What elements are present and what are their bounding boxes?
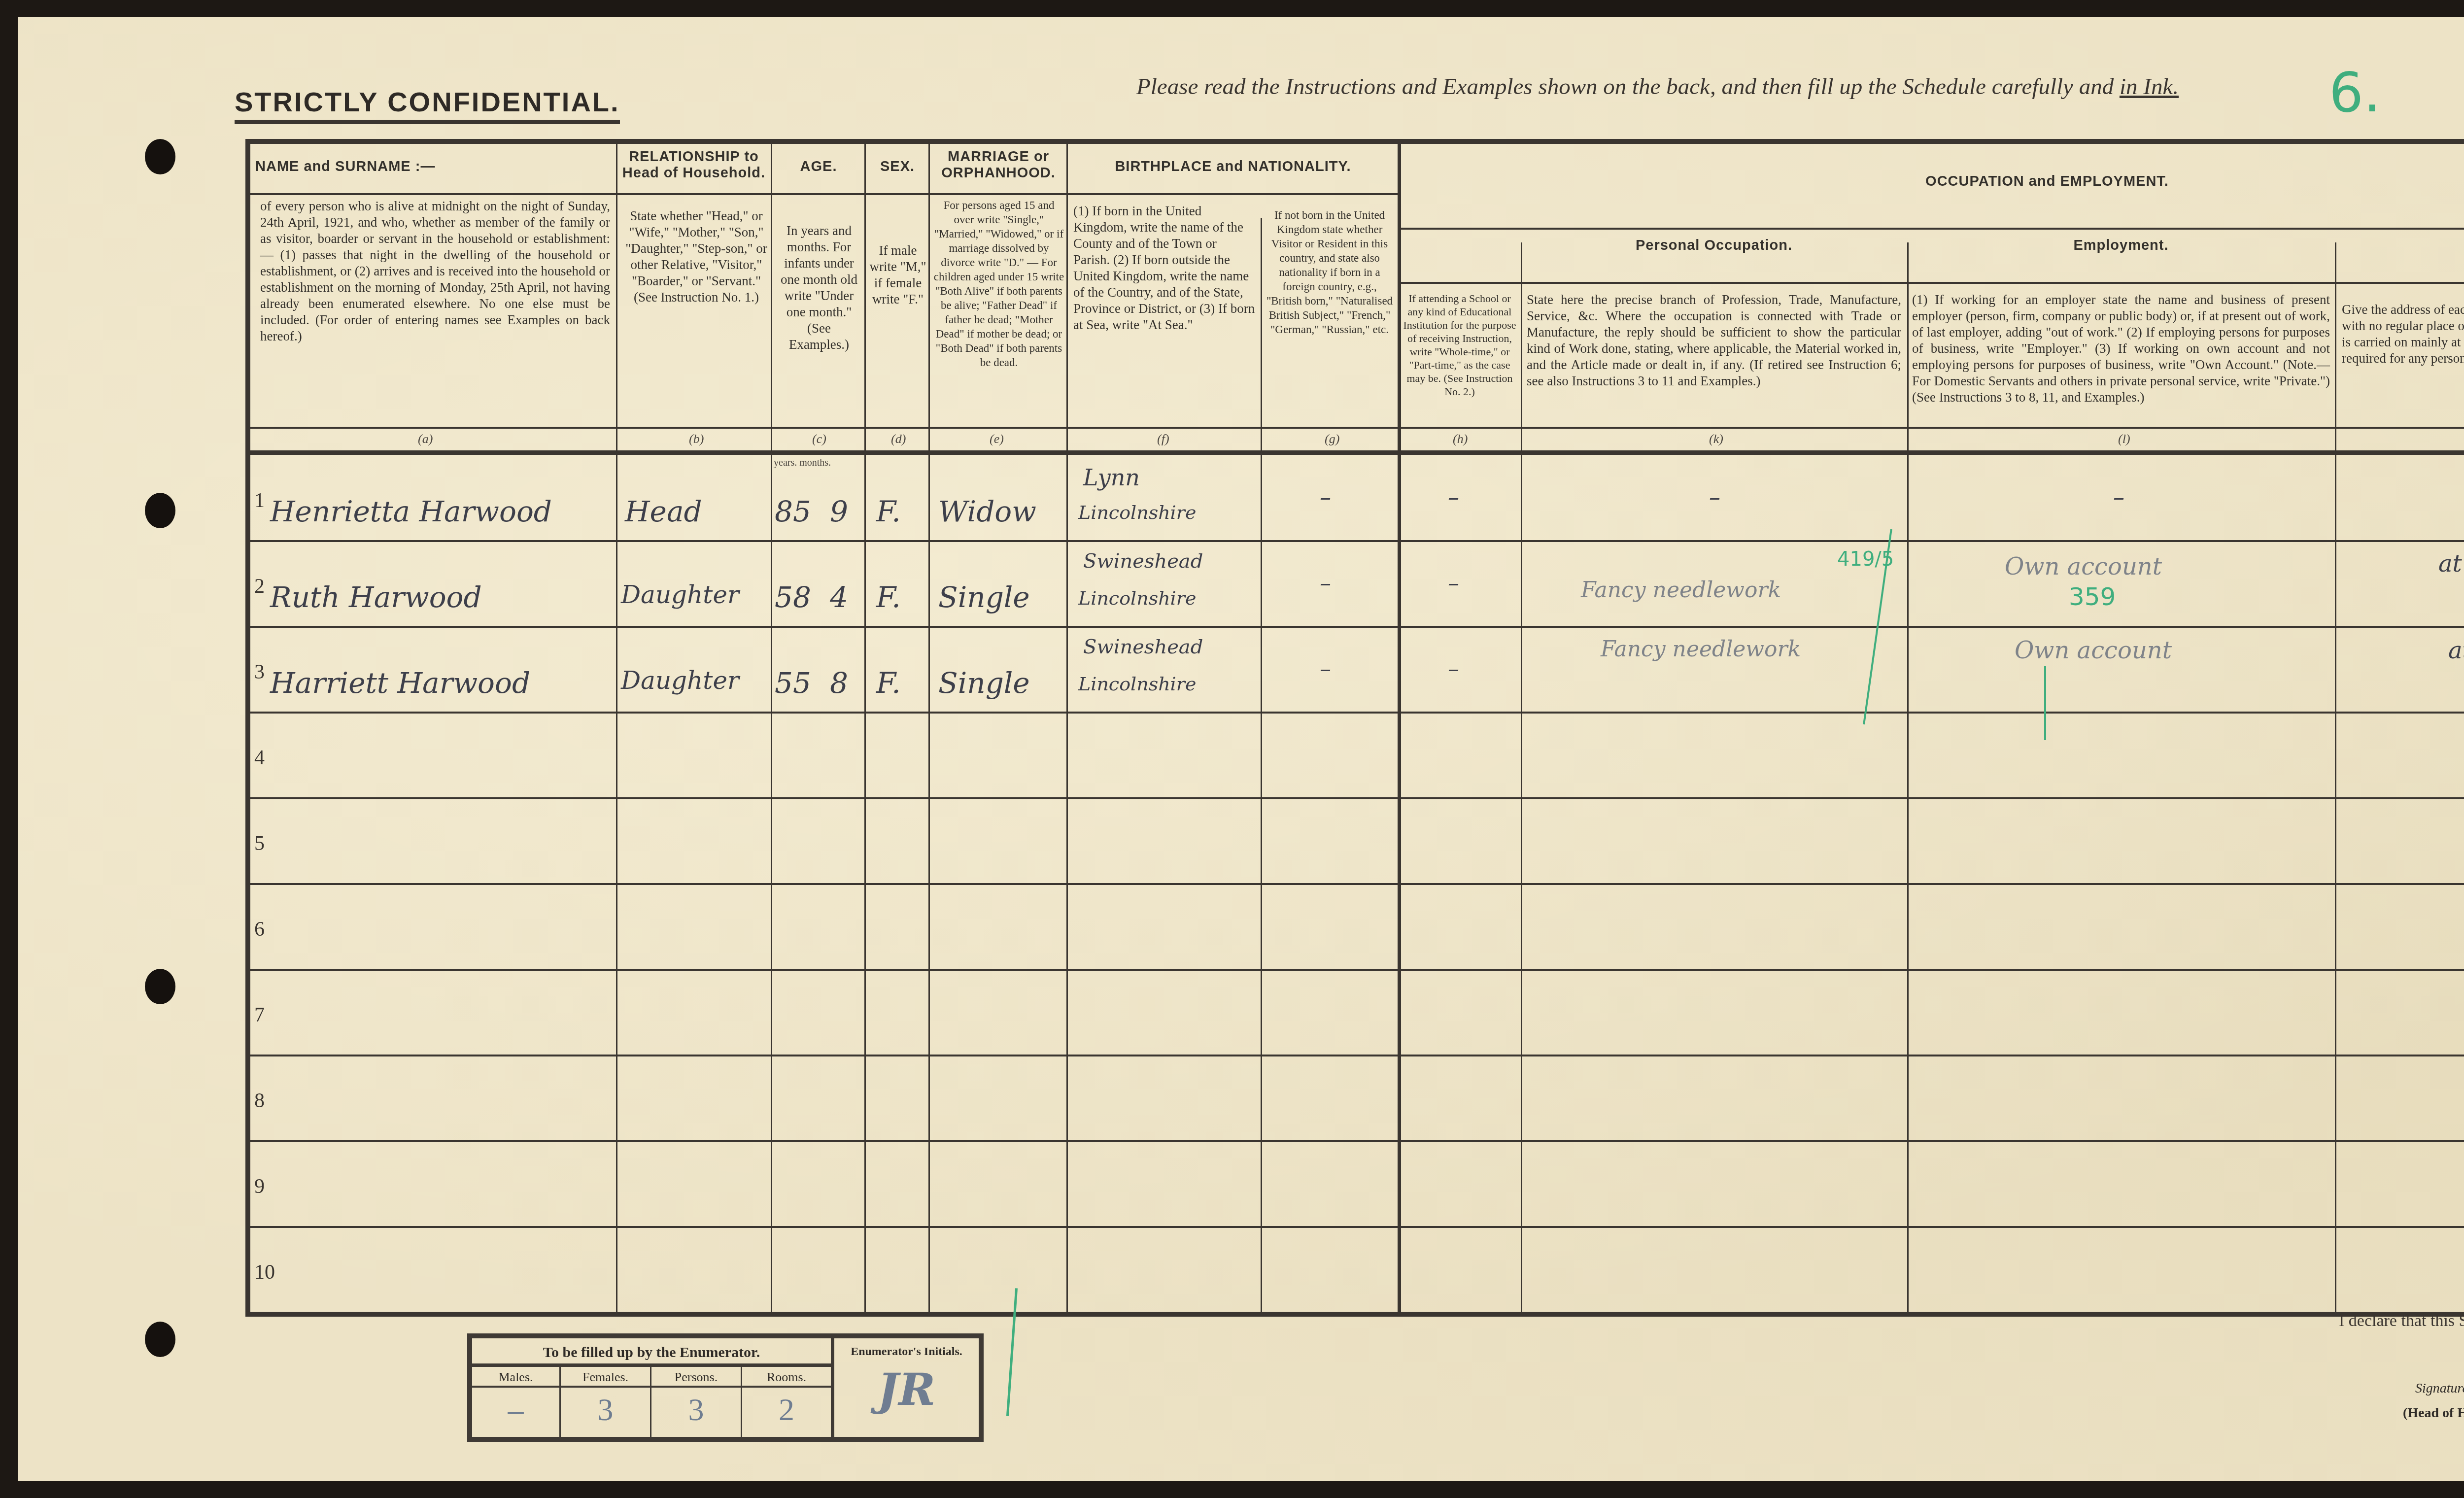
col-b-instructions: State whether "Head," or "Wife," "Mother… (625, 208, 768, 306)
age-months-cell[interactable]: 8 (830, 666, 848, 700)
col-c-title: AGE. (773, 159, 864, 175)
occupation-cell[interactable]: Fancy needlework (1581, 578, 1781, 603)
census-form-table: NAME and SURNAME :— of every person who … (245, 139, 2464, 1317)
nationality-cell[interactable]: – (1320, 570, 1331, 596)
row-divider (250, 712, 2464, 714)
birthplace-town-cell[interactable]: Swineshead (1083, 550, 1203, 573)
birthplace-town-cell[interactable]: Lynn (1083, 464, 1140, 491)
confidential-heading: STRICTLY CONFIDENTIAL. (235, 86, 620, 124)
col-f-letter: (f) (1157, 432, 1169, 446)
place-of-work-cell[interactable]: at home (2438, 550, 2464, 578)
col-g-letter: (g) (1325, 432, 1339, 446)
instruction-line: Please read the Instructions and Example… (1136, 73, 2179, 100)
signature-note: (Head of Household, Manager of Establish… (2403, 1405, 2464, 1421)
row-number: 3 (254, 660, 265, 684)
marriage-cell[interactable]: Widow (938, 495, 1036, 528)
row-divider (250, 540, 2464, 542)
birthplace-county-cell[interactable]: Lincolnshire (1078, 673, 1196, 695)
nationality-cell[interactable]: – (1320, 655, 1331, 682)
place-of-work-cell[interactable]: at home (2448, 637, 2464, 664)
females-value[interactable]: 3 (561, 1388, 650, 1432)
col-g-instructions: If not born in the United Kingdom state … (1264, 208, 1396, 337)
occupation-group-title: OCCUPATION and EMPLOYMENT. (1398, 173, 2464, 190)
instruction-emphasis: in Ink. (2120, 74, 2179, 100)
relationship-cell[interactable]: Daughter (621, 666, 739, 695)
col-divider (616, 144, 617, 1312)
sex-cell[interactable]: F. (876, 666, 901, 700)
age-years-cell[interactable]: 58 (775, 580, 811, 614)
col-divider (864, 144, 866, 1312)
col-a-header: NAME and SURNAME :— (255, 159, 610, 175)
declaration-text: I declare that this Schedule is correctl… (2339, 1312, 2464, 1330)
col-b-title: RELATIONSHIP to Head of Household. (620, 149, 768, 181)
col-a-letter: (a) (418, 432, 433, 446)
row-number: 10 (254, 1260, 275, 1284)
birthplace-town-cell[interactable]: Swineshead (1083, 636, 1203, 658)
col-l-title: Employment. (1907, 238, 2335, 254)
col-c-instructions: In years and months. For infants under o… (776, 223, 862, 353)
col-k-instructions: State here the precise branch of Profess… (1527, 292, 1901, 389)
enumerator-initials[interactable]: JR (834, 1363, 979, 1416)
name-cell[interactable]: Henrietta Harwood (270, 495, 552, 528)
row-divider (250, 427, 2464, 429)
enumerator-check-line (2044, 666, 2046, 740)
marriage-cell[interactable]: Single (938, 666, 1030, 700)
sex-cell[interactable]: F. (876, 495, 901, 528)
males-value[interactable]: – (472, 1388, 559, 1432)
row-divider (250, 193, 1066, 195)
row-divider (1398, 282, 2464, 284)
initials-column: Enumerator's Initials. JR (831, 1338, 979, 1437)
col-divider (2335, 242, 2336, 1312)
col-c-letter: (c) (812, 432, 826, 446)
persons-column: Persons. 3 (651, 1367, 742, 1437)
col-a-title: NAME and SURNAME :— (255, 159, 435, 174)
row-divider (250, 1140, 2464, 1142)
education-cell[interactable]: – (1448, 655, 1459, 682)
initials-label: Enumerator's Initials. (834, 1345, 979, 1359)
row-divider (1066, 193, 1398, 195)
enumerator-box-header: To be filled up by the Enumerator. (472, 1338, 831, 1367)
row-number: 4 (254, 746, 265, 770)
birthplace-group-title: BIRTHPLACE and NATIONALITY. (1068, 159, 1398, 175)
row-number: 2 (254, 575, 265, 598)
enumerator-summary-box: To be filled up by the Enumerator. Males… (467, 1333, 984, 1442)
col-d-title: SEX. (866, 159, 928, 175)
males-label: Males. (472, 1367, 559, 1388)
col-l-instructions: (1) If working for an employer state the… (1912, 292, 2330, 406)
col-divider (1261, 218, 1262, 1312)
punch-hole (145, 493, 175, 528)
col-d-instructions: If male write "M," if female write "F." (869, 242, 926, 307)
age-months-cell[interactable]: 4 (830, 580, 848, 614)
marriage-cell[interactable]: Single (938, 580, 1030, 614)
instruction-text: Please read the Instructions and Example… (1136, 74, 2114, 100)
col-k-letter: (k) (1709, 432, 1723, 446)
punch-hole (145, 969, 175, 1004)
row-number: 9 (254, 1175, 265, 1198)
row-number: 1 (254, 489, 265, 512)
col-e-title: MARRIAGE or ORPHANHOOD. (930, 149, 1066, 181)
education-cell[interactable]: – (1448, 484, 1459, 511)
age-years-cell[interactable]: 85 (775, 495, 811, 528)
rooms-column: Rooms. 2 (742, 1367, 831, 1437)
col-h-instructions: If attending a School or any kind of Edu… (1401, 292, 1519, 398)
rooms-label: Rooms. (742, 1367, 831, 1388)
row-number: 6 (254, 918, 265, 941)
punch-hole (145, 139, 175, 174)
col-l-letter: (l) (2118, 432, 2130, 446)
col-f-instructions: (1) If born in the United Kingdom, write… (1073, 203, 1256, 333)
col-b-letter: (b) (689, 432, 704, 446)
punch-hole (145, 1322, 175, 1357)
nationality-cell[interactable]: – (1320, 484, 1331, 511)
census-schedule-page: STRICTLY CONFIDENTIAL. Please read the I… (18, 17, 2464, 1481)
relationship-cell[interactable]: Daughter (621, 580, 739, 609)
occupation-cell[interactable]: – (1709, 484, 1720, 511)
row-divider (250, 1226, 2464, 1228)
col-divider (1066, 144, 1068, 1312)
row-number: 8 (254, 1089, 265, 1113)
row-number: 7 (254, 1003, 265, 1027)
col-m-instructions: Give the address of each person's place … (2342, 302, 2464, 367)
margin-annotation: 6. (2329, 61, 2381, 124)
col-divider (1907, 242, 1909, 1312)
row-divider (250, 626, 2464, 628)
employment-cell[interactable]: Own account (2015, 637, 2172, 664)
education-cell[interactable]: – (1448, 570, 1459, 596)
col-m-title: Place of Work. (2335, 238, 2464, 254)
employment-cell[interactable]: – (2113, 484, 2124, 511)
birthplace-county-cell[interactable]: Lincolnshire (1078, 502, 1196, 523)
col-a-instructions: of every person who is alive at midnight… (260, 198, 610, 344)
col-h-letter: (h) (1453, 432, 1468, 446)
females-column: Females. 3 (561, 1367, 651, 1437)
age-subheader: years. months. (774, 457, 831, 469)
name-cell[interactable]: Ruth Harwood (270, 580, 482, 614)
males-column: Males. – (472, 1367, 561, 1437)
col-e-instructions: For persons aged 15 and over write "Sing… (933, 198, 1064, 370)
relationship-cell[interactable]: Head (625, 495, 702, 528)
header-bottom-rule (250, 450, 2464, 455)
signature-label: Signature (2415, 1381, 2464, 1396)
col-k-title: Personal Occupation. (1521, 238, 1907, 254)
females-label: Females. (561, 1367, 650, 1388)
col-divider (1521, 242, 1522, 1312)
birthplace-county-cell[interactable]: Lincolnshire (1078, 587, 1196, 609)
age-years-cell[interactable]: 55 (775, 666, 811, 700)
col-e-letter: (e) (990, 432, 1004, 446)
persons-label: Persons. (651, 1367, 741, 1388)
employment-code-annotation: 359 (2069, 582, 2116, 611)
name-cell[interactable]: Harriett Harwood (270, 666, 530, 700)
row-divider (1398, 228, 2464, 230)
row-number: 5 (254, 832, 265, 855)
col-d-letter: (d) (891, 432, 906, 446)
persons-value[interactable]: 3 (651, 1388, 741, 1432)
row-divider (250, 1055, 2464, 1056)
row-divider (250, 797, 2464, 799)
row-divider (250, 883, 2464, 885)
row-divider (250, 969, 2464, 971)
employment-cell[interactable]: Own account (2005, 553, 2162, 580)
occupation-cell[interactable]: Fancy needlework (1601, 637, 1801, 662)
age-months-cell[interactable]: 9 (830, 495, 848, 528)
rooms-value[interactable]: 2 (742, 1388, 831, 1432)
col-divider (928, 144, 930, 1312)
col-divider (771, 144, 772, 1312)
sex-cell[interactable]: F. (876, 580, 901, 614)
